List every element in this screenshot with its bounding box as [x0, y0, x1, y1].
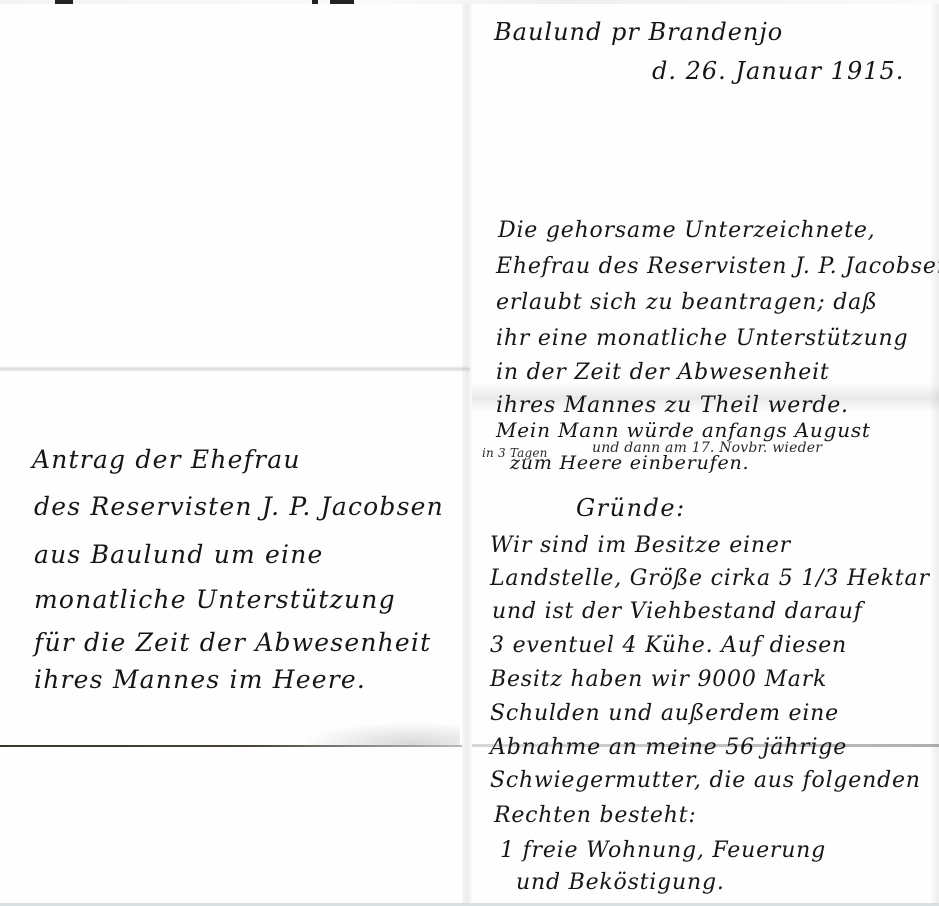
fold-line: [0, 745, 462, 747]
reason-line: 3 eventuel 4 Kühe. Auf diesen: [490, 633, 847, 658]
date-line: d. 26. Januar 1915.: [652, 57, 904, 85]
fold-line: [0, 366, 470, 372]
scanned-letter: Baulund pr Brandenjo d. 26. Januar 1915.…: [0, 0, 939, 906]
scan-artifact-mark: [312, 0, 318, 4]
body-line: Ehefrau des Reservisten J. P. Jacobsen: [496, 254, 939, 279]
cover-line: für die Zeit der Abwesenheit: [34, 628, 431, 657]
cover-line: monatliche Unterstützung: [34, 585, 396, 614]
body-line: ihr eine monatliche Unterstützung: [496, 326, 908, 351]
body-line: Die gehorsame Unterzeichnete,: [498, 218, 875, 243]
reason-line: Schulden und außerdem eine: [490, 701, 839, 726]
paper-right-edge: [931, 0, 939, 906]
cover-line: Antrag der Ehefrau: [32, 445, 301, 474]
scan-artifact-mark: [330, 0, 354, 4]
body-line: erlaubt sich zu beantragen; daß: [496, 290, 878, 315]
reasons-heading: Gründe:: [576, 494, 686, 522]
place-line: Baulund pr Brandenjo: [494, 18, 783, 46]
cover-line: ihres Mannes im Heere.: [34, 665, 366, 694]
reason-line: Besitz haben wir 9000 Mark: [490, 667, 827, 692]
cover-line: aus Baulund um eine: [34, 540, 324, 569]
reason-line: Abnahme an meine 56 jährige: [490, 735, 847, 760]
reason-line: Schwiegermutter, die aus folgenden: [490, 768, 921, 793]
reason-line: Landstelle, Größe cirka 5 1/3 Hektar: [490, 566, 930, 591]
reason-line: Wir sind im Besitze einer: [490, 533, 791, 558]
fold-shadow: [300, 722, 460, 746]
body-line: ihres Mannes zu Theil werde.: [496, 393, 849, 418]
cover-line: des Reservisten J. P. Jacobsen: [34, 492, 444, 521]
reason-line: 1 freie Wohnung, Feuerung: [500, 838, 826, 863]
annotation-line: zum Heere einberufen.: [510, 452, 749, 474]
scan-top-edge: [0, 0, 939, 4]
reason-line: und Beköstigung.: [516, 870, 725, 895]
scan-artifact-mark: [55, 0, 73, 4]
annotation-line: Mein Mann würde anfangs August: [496, 418, 871, 442]
page-gutter: [462, 0, 472, 906]
reason-line: und ist der Viehbestand darauf: [492, 599, 863, 624]
body-line: in der Zeit der Abwesenheit: [496, 360, 830, 385]
reason-line: Rechten besteht:: [494, 803, 697, 828]
